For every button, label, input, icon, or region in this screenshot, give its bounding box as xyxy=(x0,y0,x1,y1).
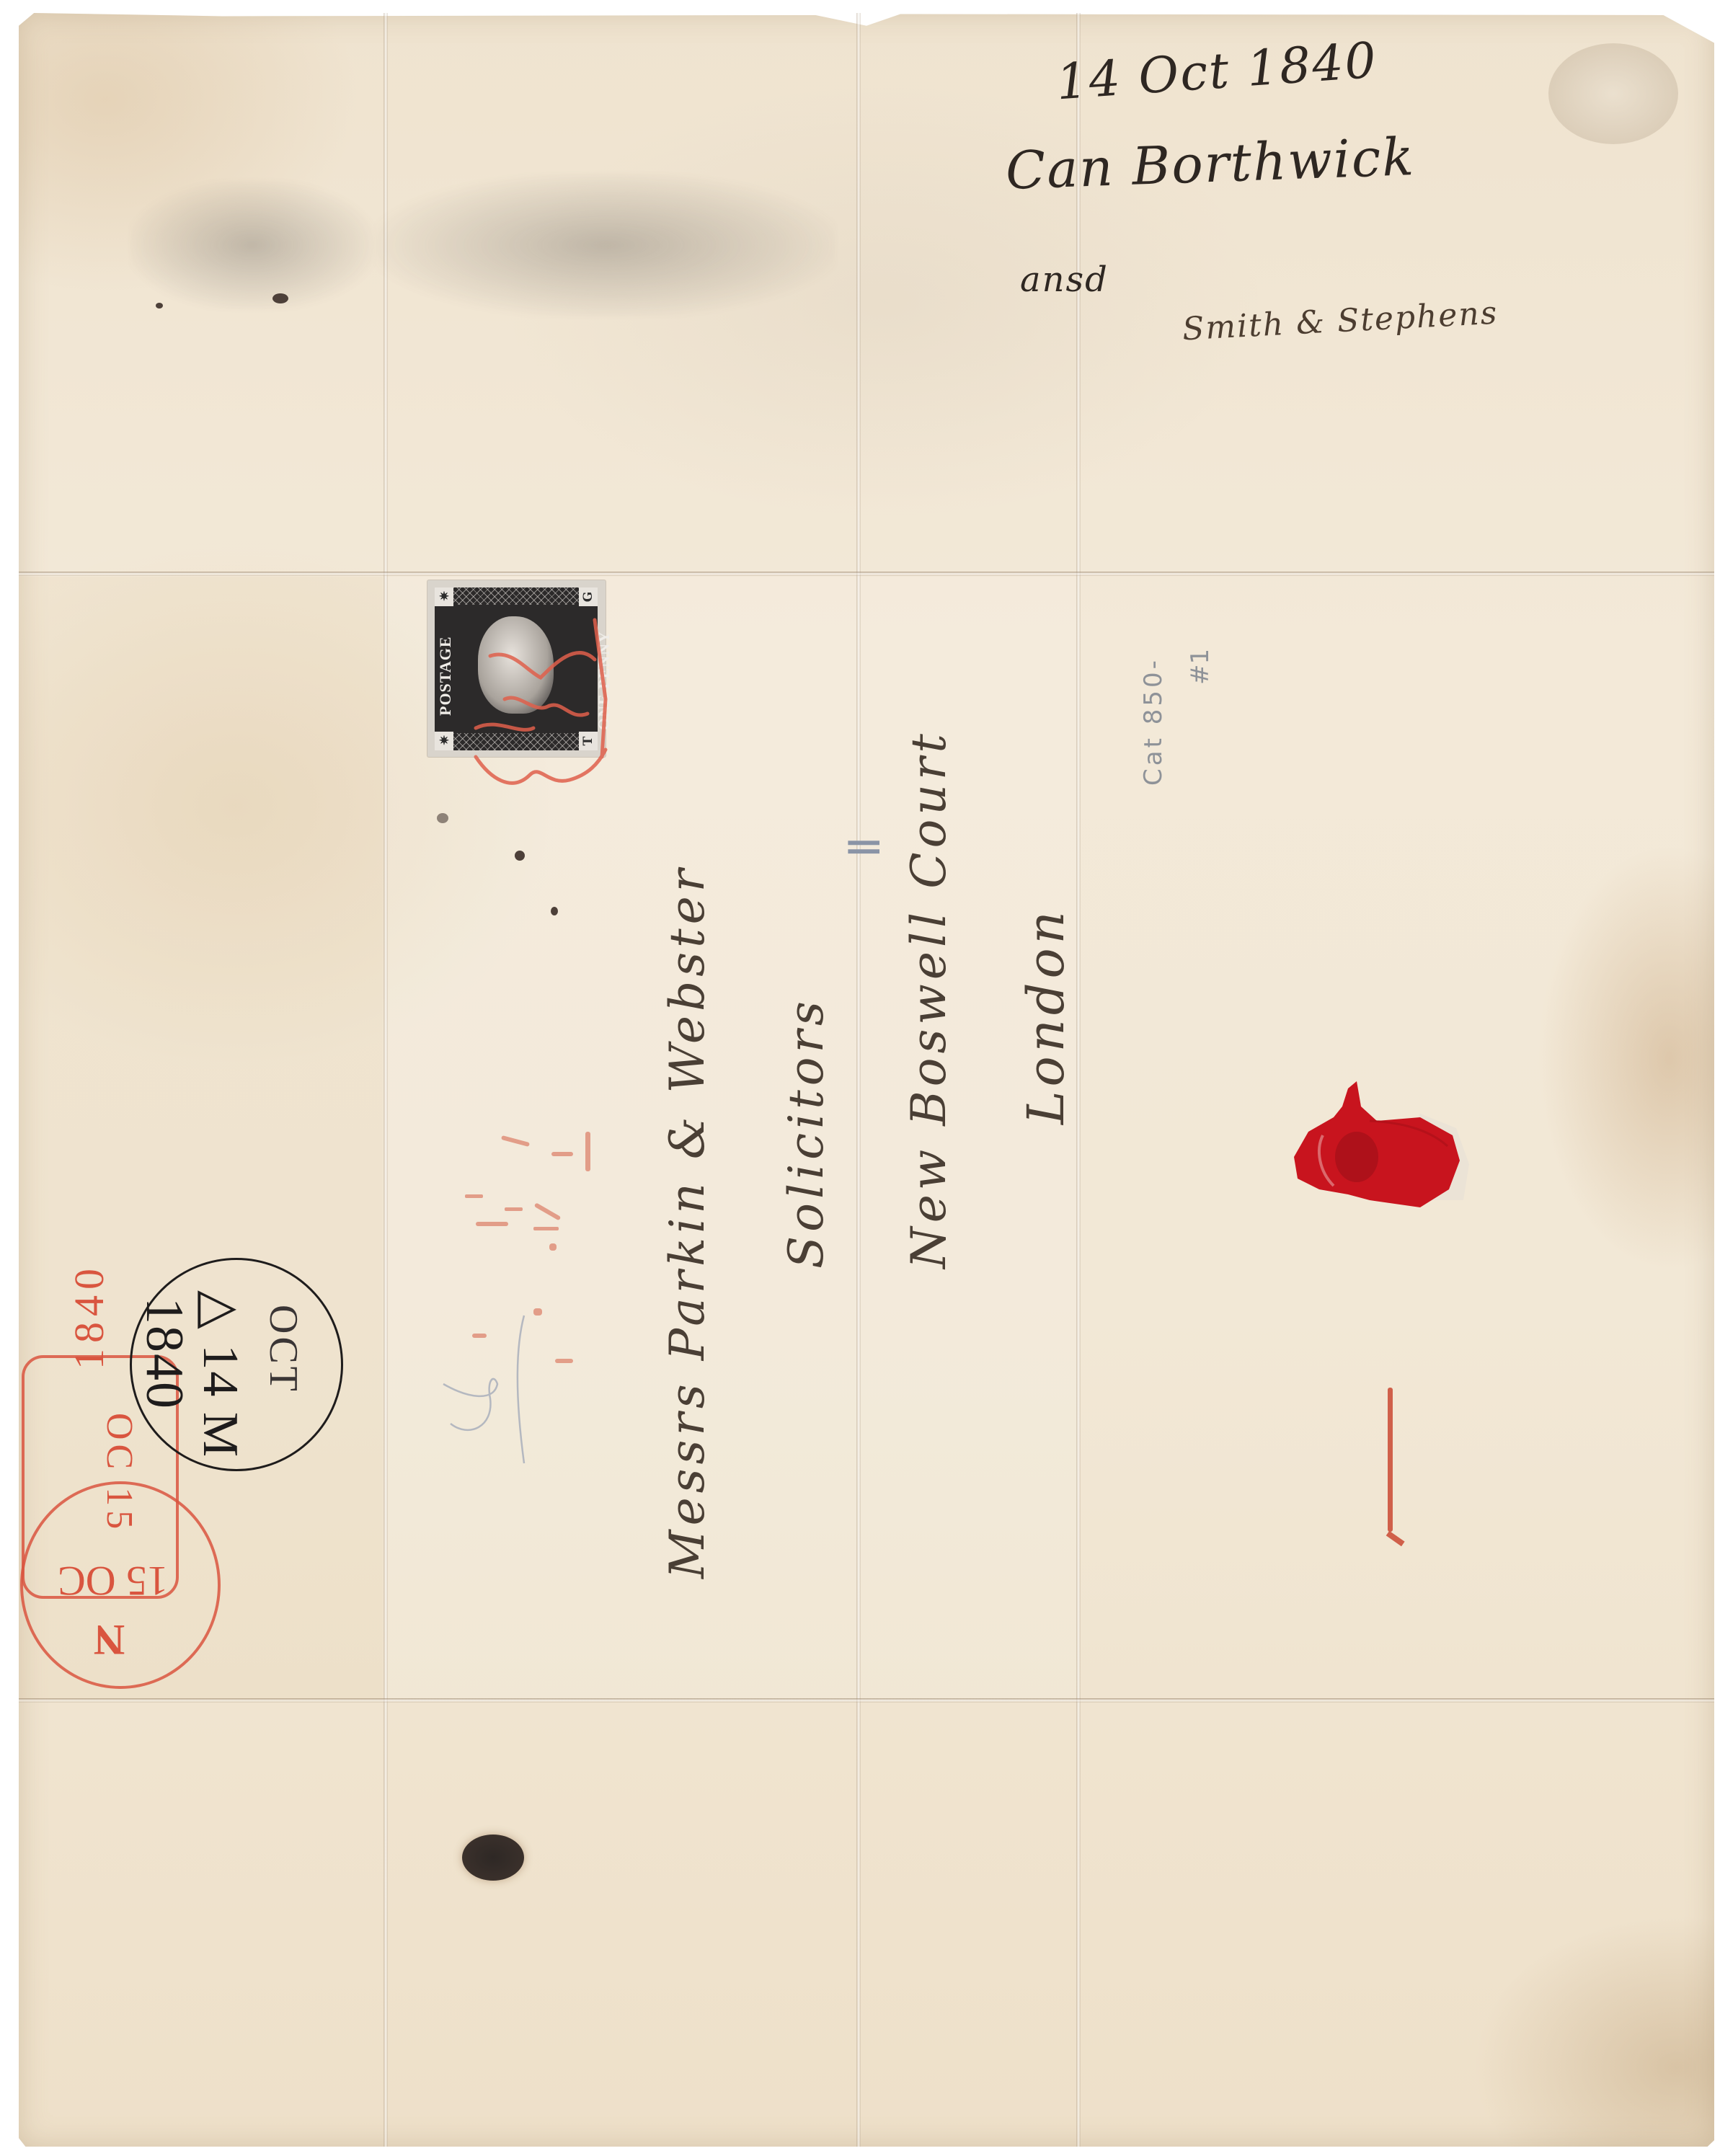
pencil-mark-blue: Ⅱ xyxy=(840,836,890,858)
red-cds-letter: N xyxy=(94,1615,125,1664)
stamp-bottom-lattice xyxy=(453,733,579,750)
pencil-note-catalogue: Cat 850- xyxy=(1139,657,1168,786)
stamp-value-label: ONE PENNY xyxy=(595,631,613,730)
ink-blot xyxy=(462,1835,524,1881)
ink-speck xyxy=(515,851,525,861)
stamp-star-icon: ✷ xyxy=(435,587,453,606)
docket-answered-note: ansd xyxy=(1020,259,1109,300)
red-crayon-mark xyxy=(1388,1388,1393,1532)
stamp-design: ✷ ✷ G T POSTAGE ONE PENNY xyxy=(435,587,598,750)
ink-speck xyxy=(437,813,448,823)
stamp-star-icon: ✷ xyxy=(435,732,453,750)
address-line-recipient: Messrs Parkin & Webster xyxy=(660,865,715,1579)
red-wax-seal xyxy=(1276,1078,1478,1222)
stamp-corner-letter-top: G xyxy=(579,587,598,606)
red-handstamp-date: OC 15 xyxy=(98,1413,141,1533)
seal-impression-ghost xyxy=(1548,43,1678,144)
cds-month: OCT xyxy=(260,1305,306,1394)
pencil-note-number: #1 xyxy=(1186,649,1215,685)
ink-speck xyxy=(272,293,288,303)
address-line-street: New Boswell Court xyxy=(901,729,957,1269)
stamp-corner-letter-bottom: T xyxy=(579,732,598,750)
queen-victoria-portrait xyxy=(478,616,554,714)
red-handstamp-line: 1840 xyxy=(65,1263,113,1370)
stamp-top-lattice xyxy=(453,587,579,605)
address-line-title: Solicitors xyxy=(779,997,834,1269)
penny-black-stamp: ✷ ✷ G T POSTAGE ONE PENNY xyxy=(427,580,606,757)
ink-speck xyxy=(551,907,558,915)
cds-day: △ 14 M xyxy=(191,1290,251,1458)
ink-speck xyxy=(156,303,163,309)
stamp-postage-label: POSTAGE xyxy=(436,636,455,716)
red-cds-date: 15 OC xyxy=(58,1557,168,1605)
address-line-city: London xyxy=(1016,907,1076,1124)
cds-year: 1840 xyxy=(133,1297,195,1410)
